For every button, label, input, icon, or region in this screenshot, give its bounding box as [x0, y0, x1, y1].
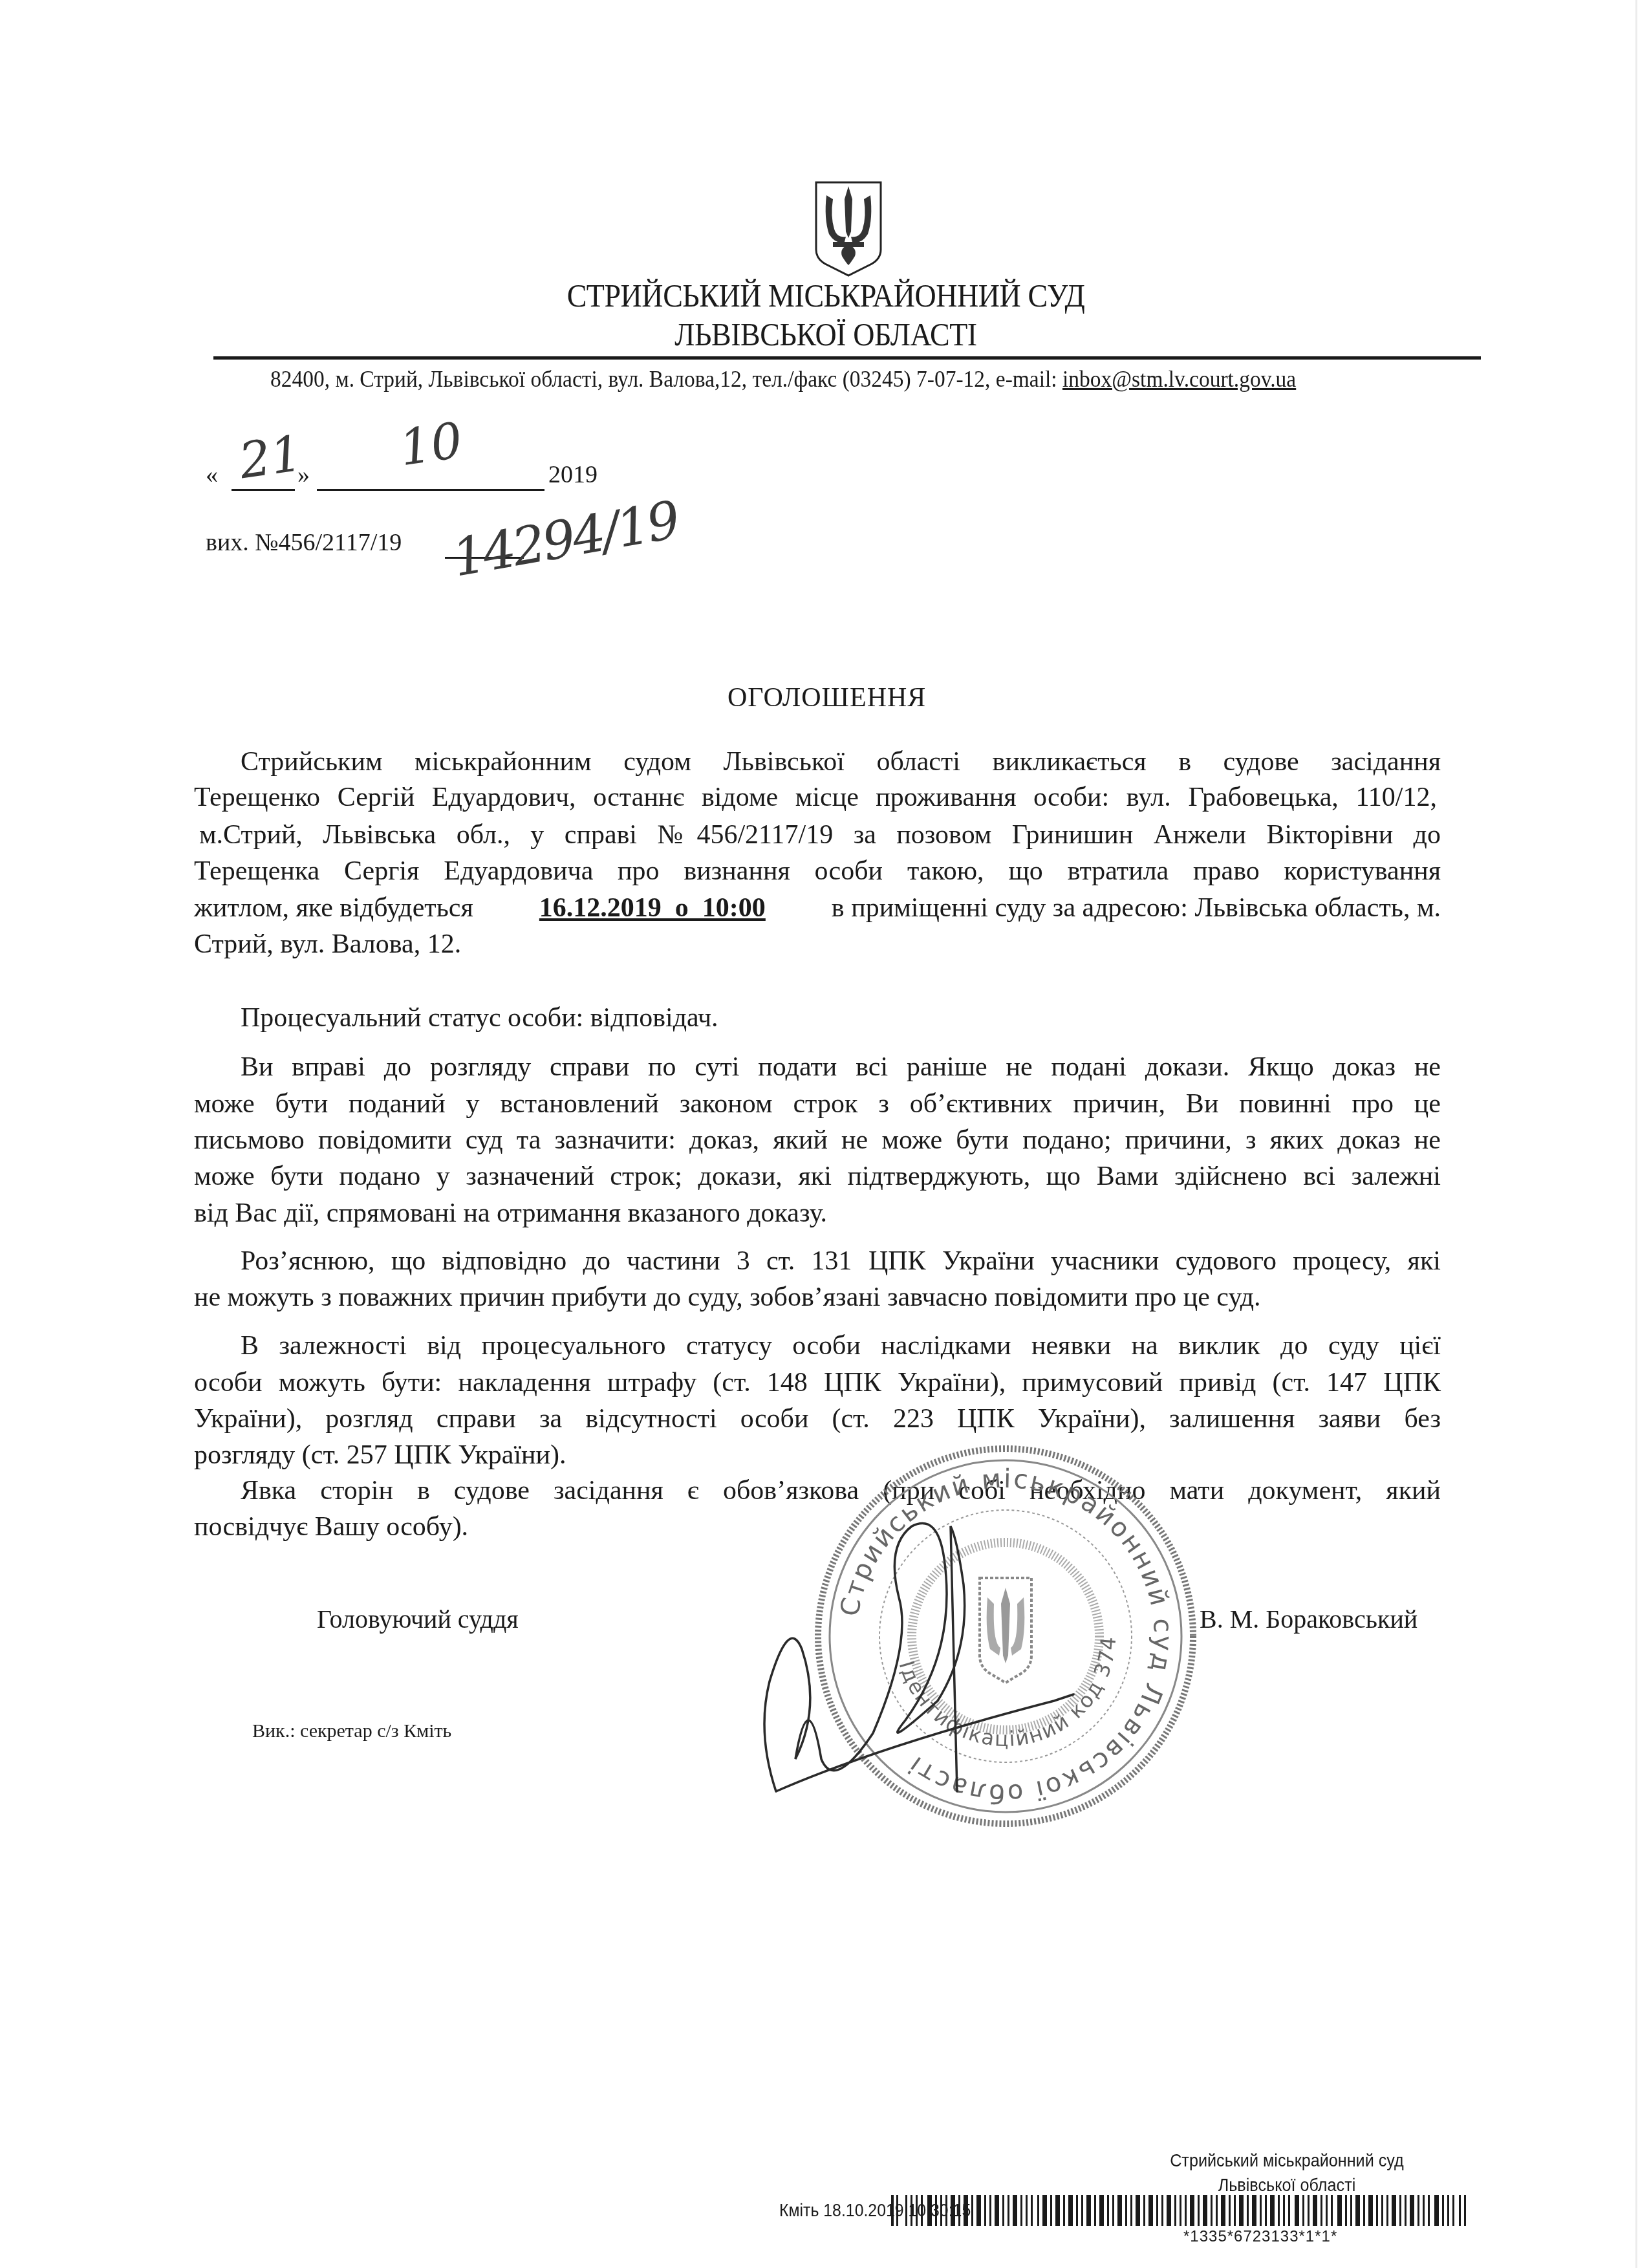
handwritten-outgoing-number: 14294/19 — [448, 490, 682, 589]
barcode-number: *1335*6723133*1*1* — [1183, 2228, 1337, 2246]
p3-line1: Ви вправі до розгляду справи по суті под… — [241, 1053, 1441, 1081]
hearing-date-time: 16.12.2019 о 10:00 — [539, 894, 766, 922]
p1-line3: м.Стрий, Львівська обл., у справі №456/2… — [199, 821, 1441, 848]
procedural-status: Процесуальний статус особи: відповідач. — [241, 1004, 718, 1031]
p6-line2: посвідчує Вашу особу). — [194, 1513, 468, 1540]
p4-line1: Роз’яснюю, що відповідно до частини 3 ст… — [241, 1247, 1441, 1275]
coat-of-arms-icon — [814, 180, 883, 277]
outgoing-label: вих. №456/2117/19 — [206, 528, 402, 557]
judge-name: В. М. Бораковський — [1200, 1604, 1417, 1634]
open-quote: « — [206, 460, 218, 489]
p5-line2: особи можуть бути: накладення штрафу (ст… — [194, 1369, 1441, 1396]
registry-court-line1: Стрийський міськрайонний суд — [1165, 2150, 1409, 2171]
judge-signature-icon — [750, 1487, 1086, 1798]
document-title: ОГОЛОШЕННЯ — [727, 682, 926, 713]
p1-line4: Терещенка Сергія Едуардовича про визнанн… — [194, 858, 1441, 885]
p3-line3: письмово повідомити суд та зазначити: до… — [194, 1127, 1441, 1154]
p1-line1: Стрийським міськрайонним судом Львівсько… — [241, 748, 1441, 775]
p5-line3: України), розгляд справи за відсутності … — [194, 1405, 1441, 1432]
registry-court-line2: Львівської області — [1165, 2175, 1409, 2196]
p3-line2: може бути поданий у встановлений законом… — [194, 1090, 1441, 1118]
barcode-icon — [891, 2195, 1473, 2226]
header-divider — [213, 356, 1481, 360]
p1-line5-before: житлом, яке відбудеться — [194, 894, 480, 922]
p4-line2: не можуть з поважних причин прибути до с… — [194, 1284, 1261, 1311]
handwritten-day: 21 — [235, 424, 305, 490]
year: 2019 — [548, 460, 598, 489]
p1-line2: Терещенко Сергій Едуардович, останнє від… — [194, 784, 1437, 811]
p1-line6: Стрий, вул. Валова, 12. — [194, 931, 461, 958]
court-name-line2: ЛЬВІВСЬКОЇ ОБЛАСТІ — [0, 316, 1649, 353]
executor-note: Вик.: секретар с/з Кміть — [252, 1720, 451, 1742]
p5-line4: розгляду (ст. 257 ЦПК України). — [194, 1442, 566, 1469]
p3-line5: від Вас дії, спрямовані на отримання вка… — [194, 1200, 827, 1227]
signatory-position: Головуючий суддя — [317, 1604, 519, 1634]
p1-line5: житлом, яке відбудеться 16.12.2019 о 10:… — [194, 894, 1441, 922]
p3-line4: може бути подано у зазначений строк; док… — [194, 1163, 1441, 1190]
month-blank — [317, 489, 544, 491]
handwritten-month: 10 — [396, 411, 466, 477]
p1-line5-after: в приміщенні суду за адресою: Львівська … — [824, 894, 1441, 922]
court-name-line1: СТРИЙСЬКИЙ МІСЬКРАЙОННИЙ СУД — [0, 277, 1649, 314]
day-blank — [232, 489, 295, 491]
close-quote: » — [297, 460, 310, 489]
email-link[interactable]: inbox@stm.lv.court.gov.ua — [1062, 366, 1296, 392]
address-text: 82400, м. Стрий, Львівської області, вул… — [270, 366, 1062, 392]
p5-line1: В залежності від процесуального статусу … — [241, 1332, 1441, 1359]
court-address: 82400, м. Стрий, Львівської області, вул… — [270, 365, 1296, 393]
